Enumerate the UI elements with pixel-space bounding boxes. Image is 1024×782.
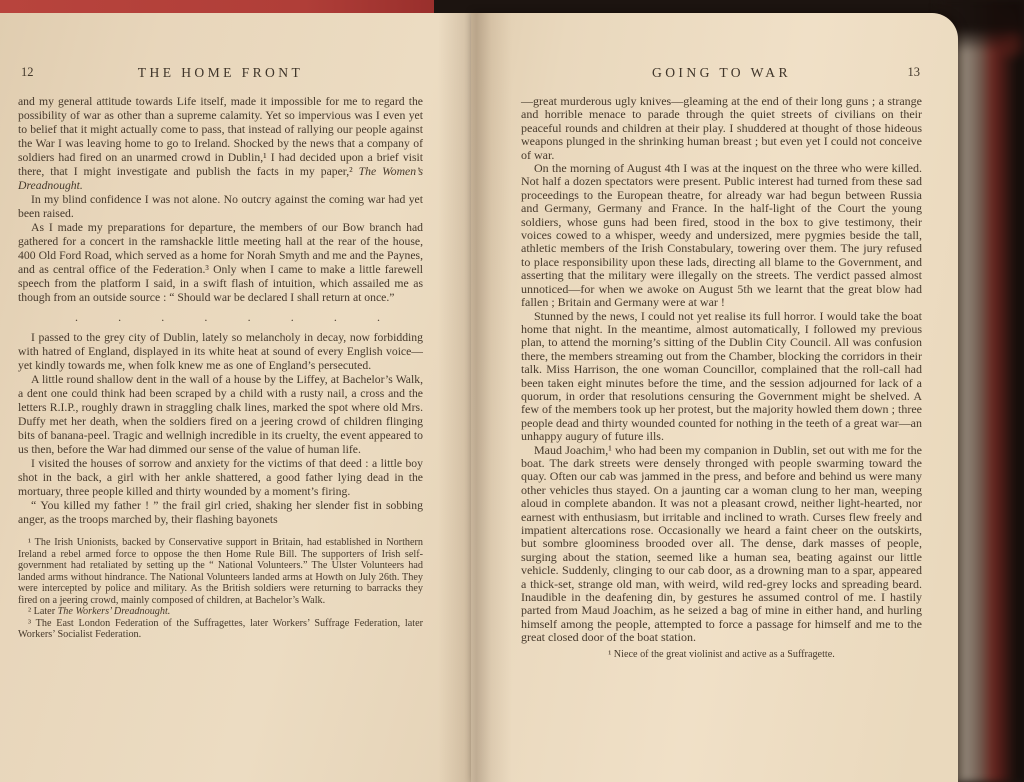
paragraph: Maud Joachim,¹ who had been my companion… [521,444,922,645]
footnote: ² Later The Workers’ Dreadnought. [18,606,423,618]
paragraph: On the morning of August 4th I was at th… [521,162,922,309]
left-page-header: 12 THE HOME FRONT [0,65,471,82]
footnote: ¹ The Irish Unionists, backed by Conserv… [18,537,423,606]
paragraph: A little round shallow dent in the wall … [18,373,423,457]
right-page: GOING TO WAR 13 —great murderous ugly kn… [471,13,958,782]
section-break-dots: ........ [75,310,380,324]
page-number-right: 13 [908,65,921,80]
paragraph: —great murderous ugly knives—gleaming at… [521,95,922,162]
right-page-header: GOING TO WAR 13 [471,65,958,82]
paragraph: “ You killed my father ! ” the frail gir… [18,499,423,527]
paragraph: In my blind confidence I was not alone. … [18,193,423,221]
left-page: 12 THE HOME FRONT and my general attitud… [0,13,471,782]
left-page-footnotes: ¹ The Irish Unionists, backed by Conserv… [0,537,471,641]
book-photo: 12 THE HOME FRONT and my general attitud… [0,0,1024,782]
left-page-text: and my general attitude towards Life its… [0,95,471,527]
paragraph: I visited the houses of sorrow and anxie… [18,457,423,499]
footnote: ³ The East London Federation of the Suff… [18,618,423,641]
right-page-footnotes: ¹ Niece of the great violinist and activ… [471,649,958,661]
paragraph: As I made my preparations for departure,… [18,221,423,305]
paragraph: I passed to the grey city of Dublin, lat… [18,331,423,373]
right-page-text: —great murderous ugly knives—gleaming at… [471,95,958,645]
paragraph: and my general attitude towards Life its… [18,95,423,193]
paragraph: Stunned by the news, I could not yet rea… [521,310,922,444]
book-cover-red-edge [0,0,434,13]
running-head-left: THE HOME FRONT [18,65,423,81]
running-head-right: GOING TO WAR [521,65,922,81]
footnote: ¹ Niece of the great violinist and activ… [521,649,922,661]
